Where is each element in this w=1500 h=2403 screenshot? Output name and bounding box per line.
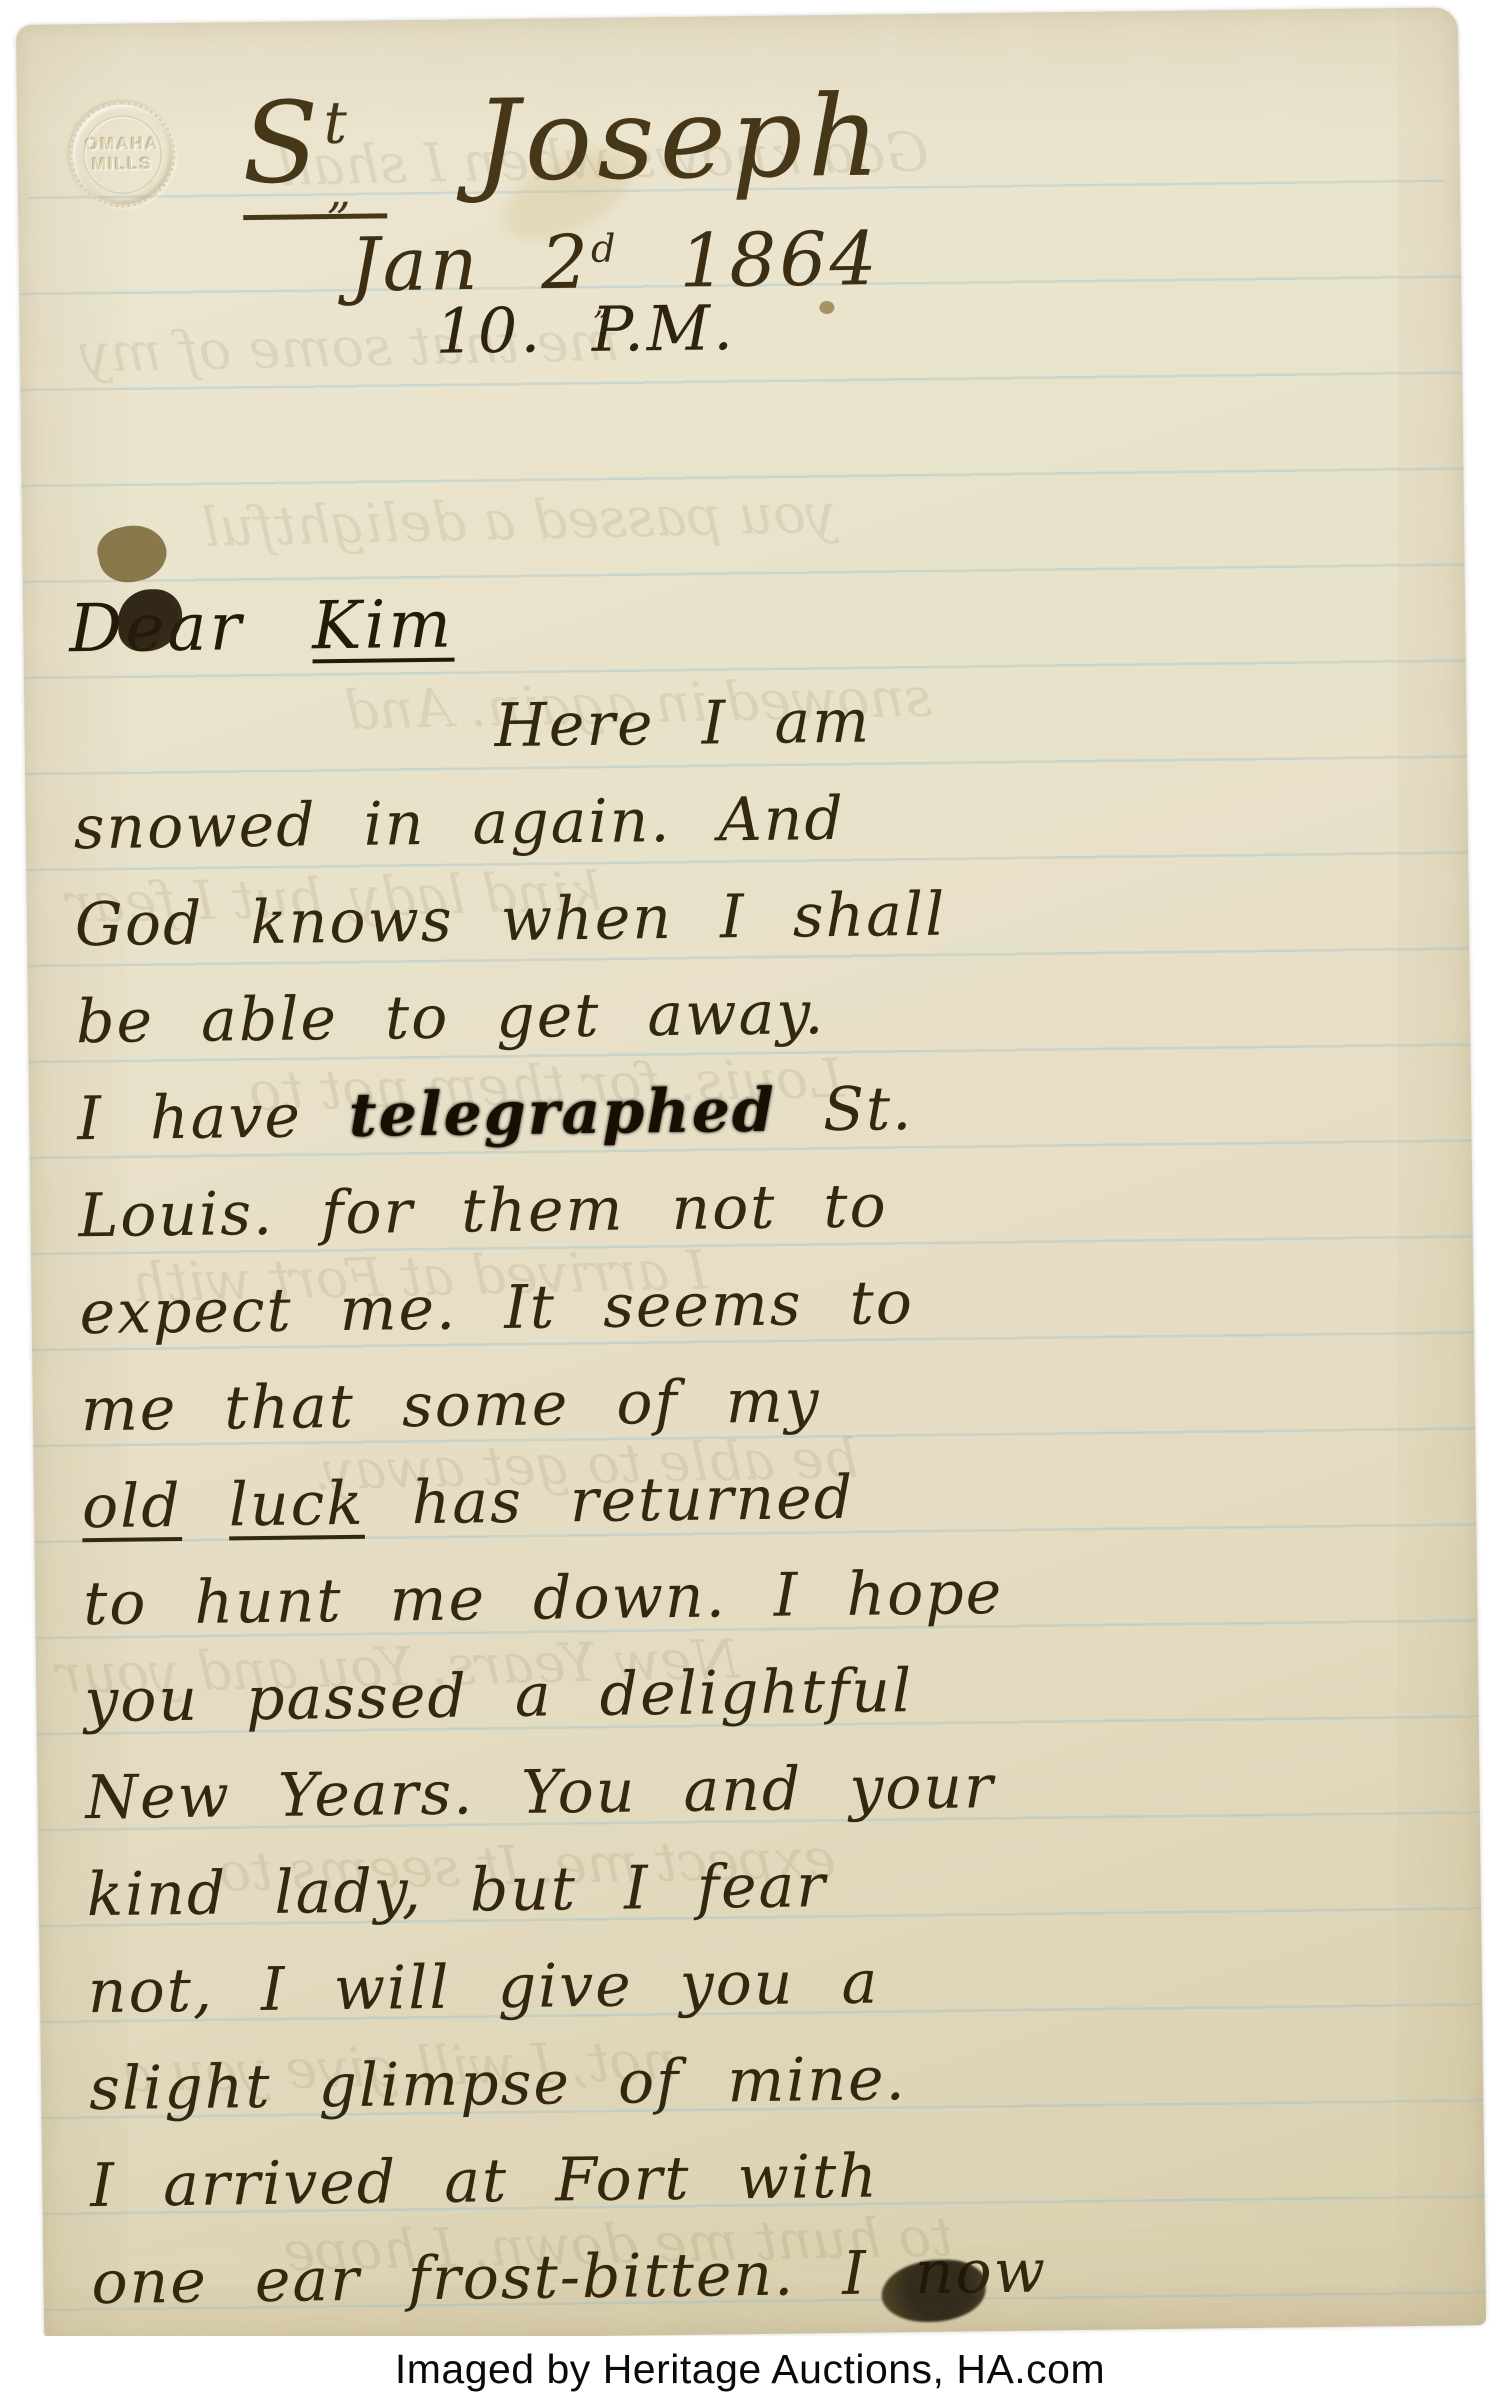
date-ordinal-sup: d: [591, 227, 619, 272]
line-text: I have: [77, 1081, 302, 1154]
letter-line: expect me. It seems to: [79, 1261, 1454, 1375]
letter-line: be able to get away.: [76, 970, 1451, 1084]
letter-line: slight glimpse of mine.: [89, 2037, 1464, 2151]
letter-line: kind lady, but I fear: [86, 1843, 1461, 1957]
letter-body: Here I am snowed in again. And God knows…: [72, 679, 1466, 2345]
letter-paper: God knows when I shall me that some of m…: [16, 7, 1486, 2342]
underlined-word: old: [82, 1471, 183, 1542]
letter-line: I have telegraphed St.: [77, 1067, 1452, 1181]
salutation-name: Kim: [312, 586, 455, 665]
bleedthrough-text: you passed a delightful: [201, 482, 837, 559]
letter-line: one ear frost-bitten. I now: [91, 2231, 1466, 2345]
line-text: St.: [823, 1074, 914, 1145]
place-abbr: S: [241, 78, 324, 209]
line-text: has returned: [411, 1463, 854, 1538]
letter-line: New Years. You and your: [85, 1746, 1460, 1860]
place-name: Joseph: [474, 72, 885, 207]
paper-speck: [819, 301, 834, 314]
letter-line: Louis. for them not to: [78, 1164, 1453, 1278]
letter-line: snowed in again. And: [73, 776, 1448, 890]
letter-line: not, I will give you a: [88, 1940, 1463, 2054]
footer-caption: Imaged by Heritage Auctions, HA.com: [395, 2346, 1105, 2393]
letter-line: Here I am: [494, 679, 1447, 788]
letter-line: I arrived at Fort with: [90, 2134, 1465, 2248]
underlined-word: luck: [228, 1469, 365, 1541]
place-abbr-sup: t: [323, 89, 352, 157]
ink-stain: [93, 519, 172, 589]
footer-bar: Imaged by Heritage Auctions, HA.com: [0, 2336, 1500, 2403]
letter-line: me that some of my: [80, 1358, 1455, 1472]
overwritten-word: telegraphed: [348, 1076, 776, 1151]
letter-line: old luck has returned: [82, 1455, 1457, 1569]
letter-line: you passed a delightful: [84, 1649, 1459, 1763]
scanned-letter-page: God knows when I shall me that some of m…: [0, 0, 1500, 2403]
letter-line: to hunt me down. I hope: [83, 1552, 1458, 1666]
letter-line: God knows when I shall: [74, 873, 1449, 987]
letter-heading-time: 10. P.M.: [19, 279, 1462, 377]
